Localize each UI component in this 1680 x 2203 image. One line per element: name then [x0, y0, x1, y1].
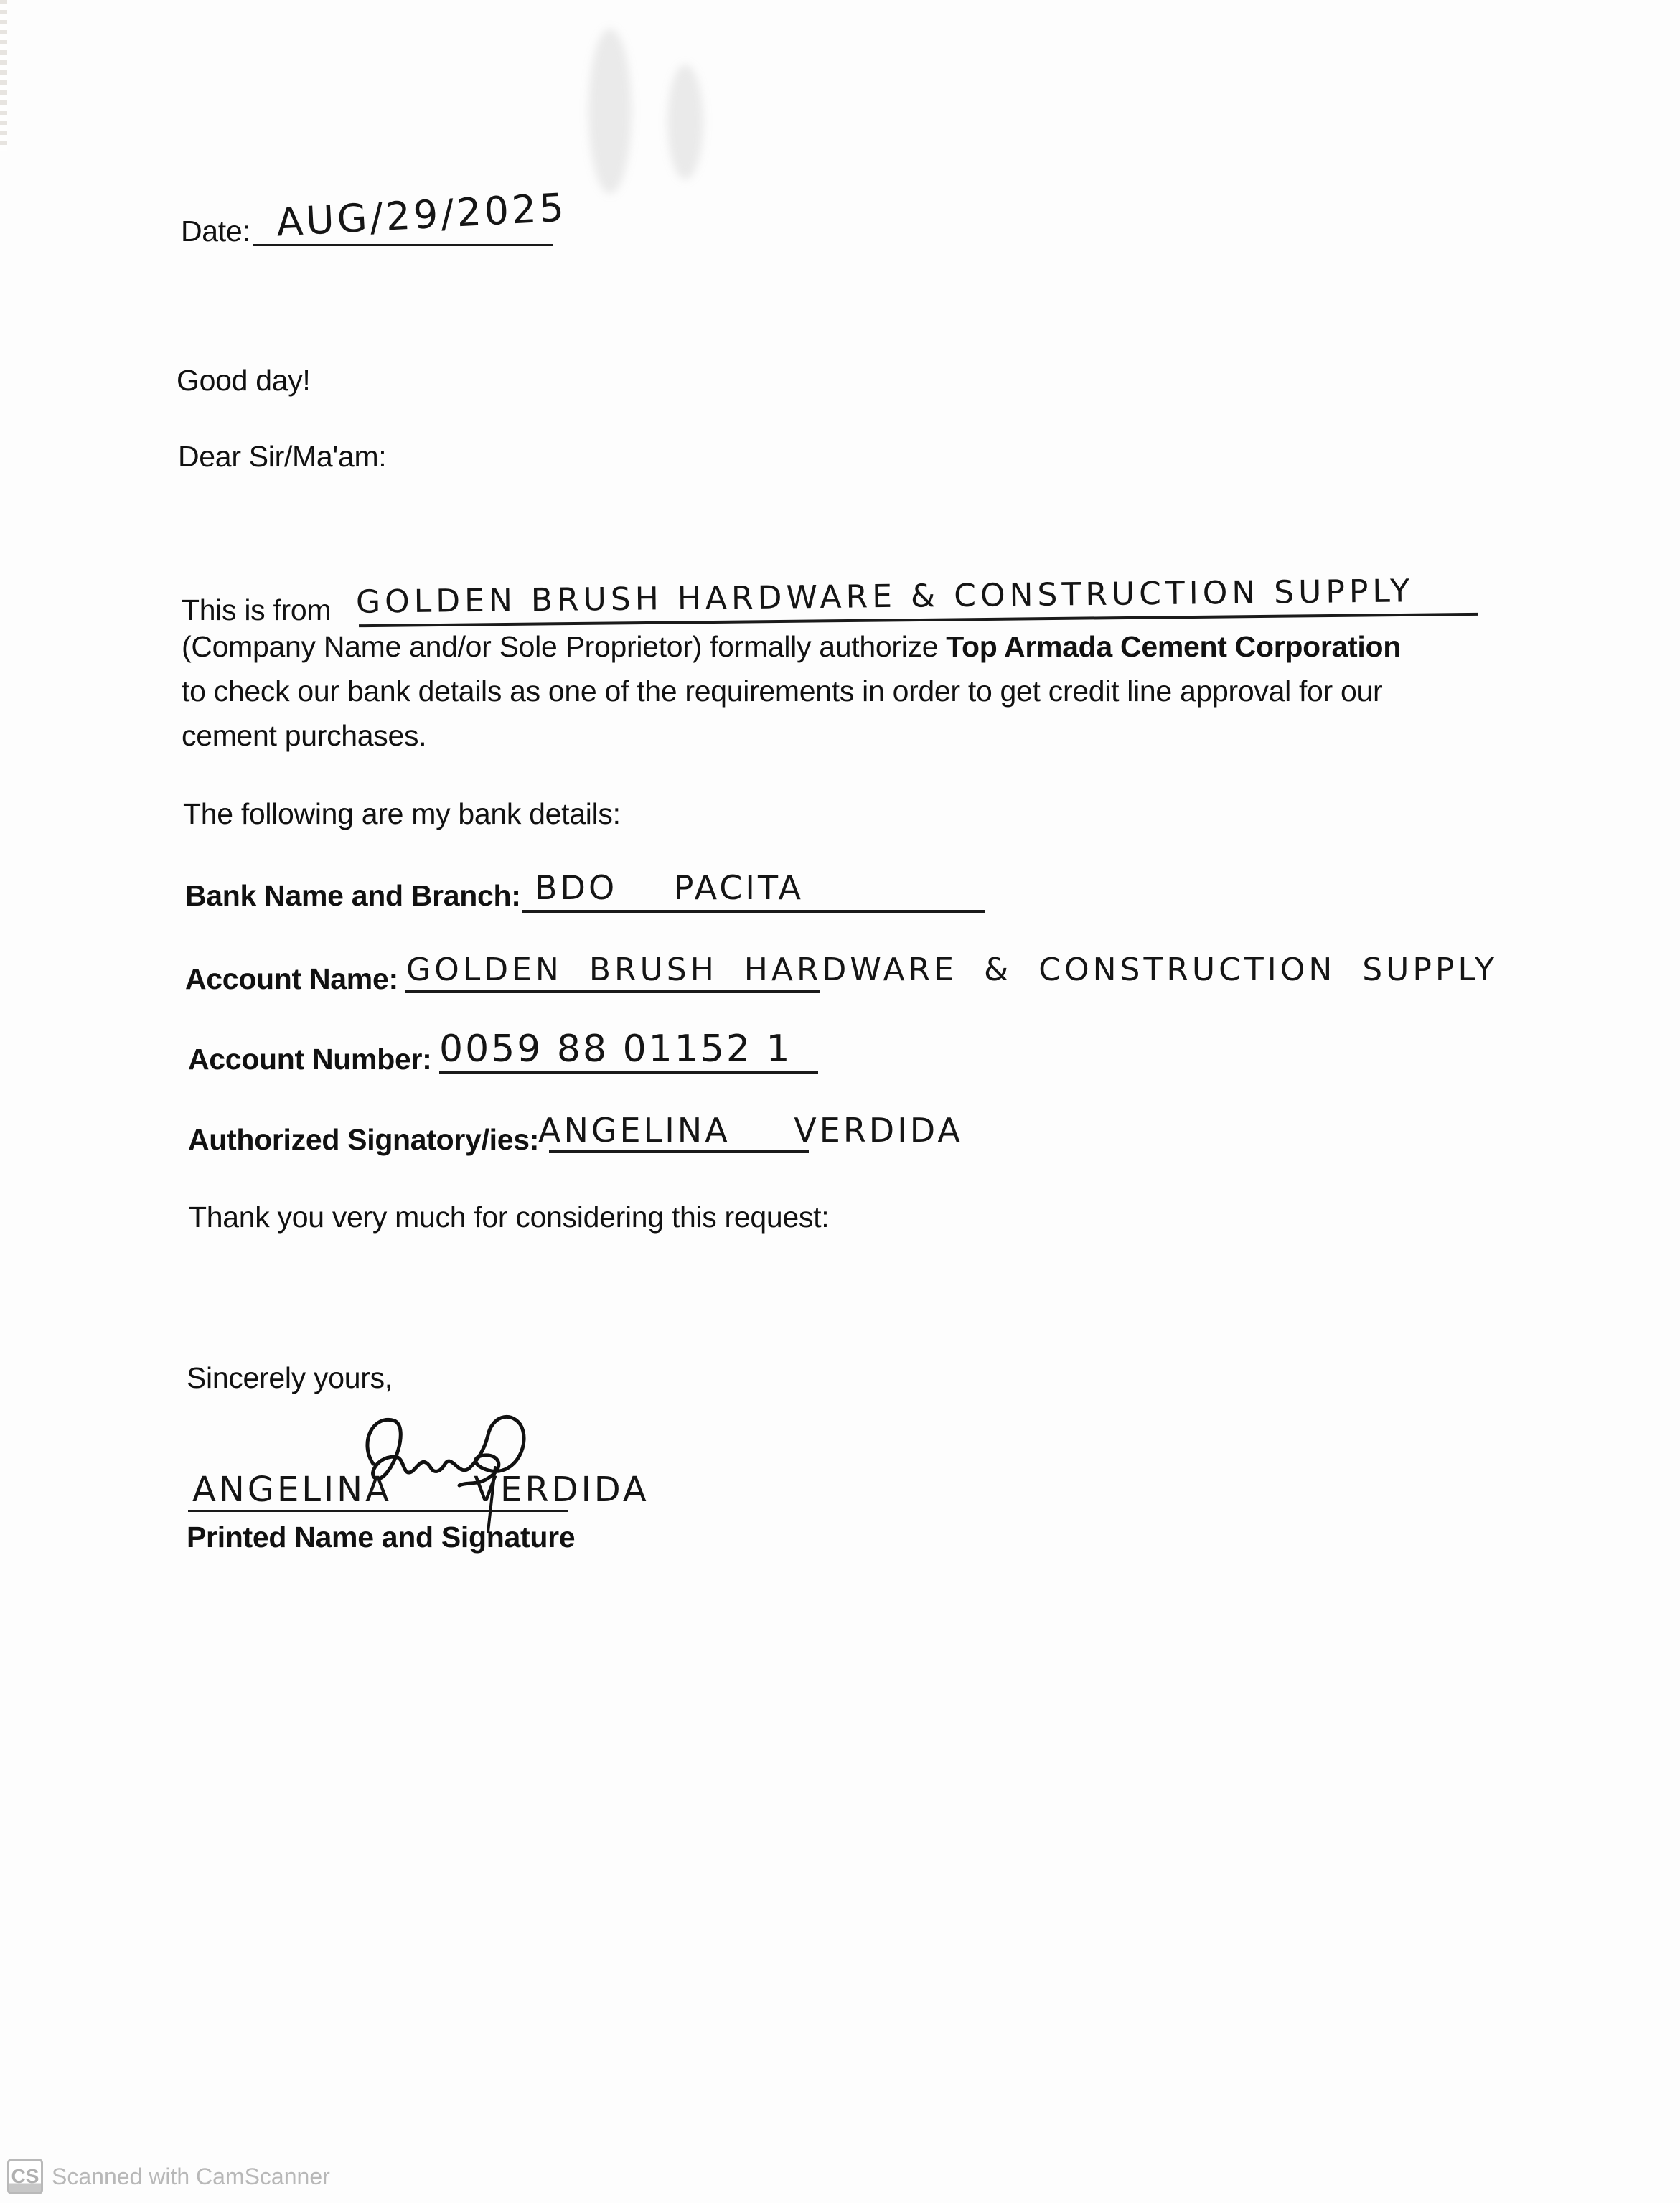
- bank-name-value: BDO PACITA: [535, 870, 804, 906]
- account-name-label: Account Name:: [185, 962, 398, 997]
- greeting: Good day!: [177, 363, 311, 398]
- scanned-letter-page: Date: AUG/29/2025 Good day! Dear Sir/Ma'…: [0, 0, 1680, 2203]
- crease-shadow: [667, 65, 703, 179]
- date-underline: [253, 244, 553, 246]
- salutation: Dear Sir/Ma'am:: [178, 439, 386, 474]
- signature-caption: Printed Name and Signature: [187, 1520, 575, 1555]
- account-number-underline: [439, 1071, 818, 1074]
- bank-name-underline: [522, 910, 985, 913]
- closing: Sincerely yours,: [187, 1361, 393, 1396]
- bank-details-heading: The following are my bank details:: [183, 797, 621, 832]
- crease-shadow: [588, 29, 632, 194]
- account-name-value: GOLDEN BRUSH HARDWARE & CONSTRUCTION SUP…: [406, 953, 1498, 987]
- signature-underline: [188, 1510, 568, 1512]
- intro-line-3: to check our bank details as one of the …: [182, 669, 1495, 713]
- signatory-label: Authorized Signatory/ies:: [188, 1122, 539, 1157]
- account-number-label: Account Number:: [188, 1042, 431, 1077]
- date-value: AUG/29/2025: [276, 186, 568, 243]
- account-number-value: 0059 88 01152 1: [439, 1029, 792, 1070]
- date-label: Date:: [181, 214, 250, 249]
- thank-you-line: Thank you very much for considering this…: [189, 1200, 829, 1235]
- intro-line-2-text: (Company Name and/or Sole Proprietor) fo…: [182, 630, 946, 663]
- intro-line-2: (Company Name and/or Sole Proprietor) fo…: [182, 624, 1495, 669]
- intro-line-4: cement purchases.: [182, 713, 1495, 758]
- bank-name-label: Bank Name and Branch:: [185, 878, 521, 913]
- camscanner-watermark: CS Scanned with CamScanner: [7, 2159, 330, 2194]
- signatory-value: ANGELINA VERDIDA: [538, 1112, 963, 1149]
- handwritten-signature: [344, 1399, 574, 1536]
- intro-prefix: This is from: [182, 593, 331, 628]
- camscanner-logo-icon: CS: [7, 2159, 43, 2194]
- signatory-underline: [549, 1150, 809, 1153]
- authorized-company: Top Armada Cement Corporation: [946, 630, 1401, 663]
- watermark-text: Scanned with CamScanner: [52, 2164, 330, 2190]
- printed-name: ANGELINA VERDIDA: [192, 1471, 649, 1509]
- company-name-handwritten: GOLDEN BRUSH HARDWARE & CONSTRUCTION SUP…: [356, 574, 1414, 620]
- account-name-underline: [405, 990, 820, 993]
- scan-edge-artifact: [0, 0, 7, 151]
